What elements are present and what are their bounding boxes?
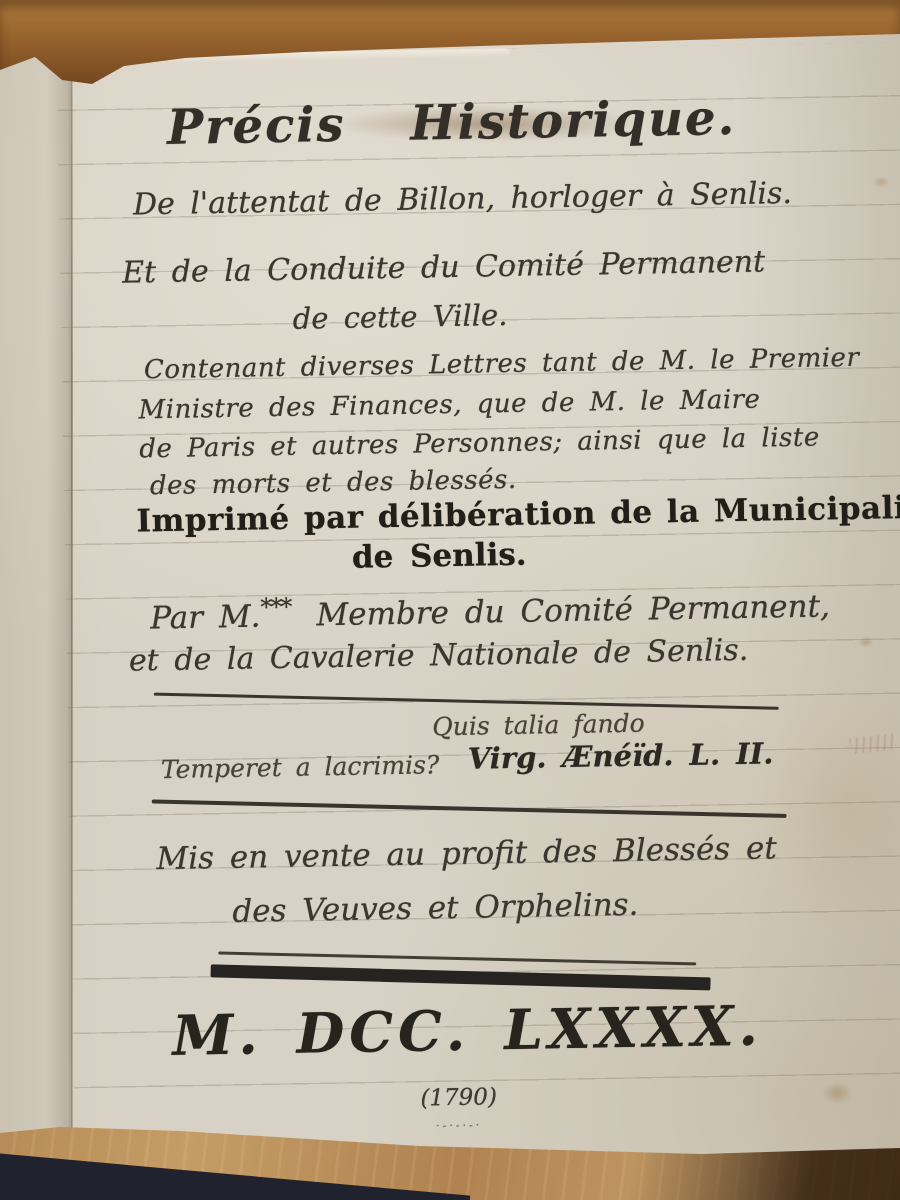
epigraph-line-1: Quis talia fando [432,711,645,741]
dark-table-shadow [0,1146,470,1200]
flourish-ornament: ·-·-·-· [159,1115,759,1137]
author-stars: *** [260,593,290,622]
year-roman: M. DCC. LXXXX. [137,996,798,1065]
manuscript-page: Précis Historique. De l'attentat de Bill… [0,0,900,1200]
contents-line-4: des morts et des blessés. [150,467,517,501]
handwriting-layer: Précis Historique. De l'attentat de Bill… [0,0,900,1200]
epigraph-line-2: Temperet a lacrimis? [161,752,440,783]
epigraph-citation: Virg. Ænéïd. L. II. [468,738,774,774]
author-prefix: Par M. [150,599,261,637]
photo-of-manuscript: Précis Historique. De l'attentat de Bill… [0,0,900,1200]
page-title: Précis Historique. [111,92,792,154]
